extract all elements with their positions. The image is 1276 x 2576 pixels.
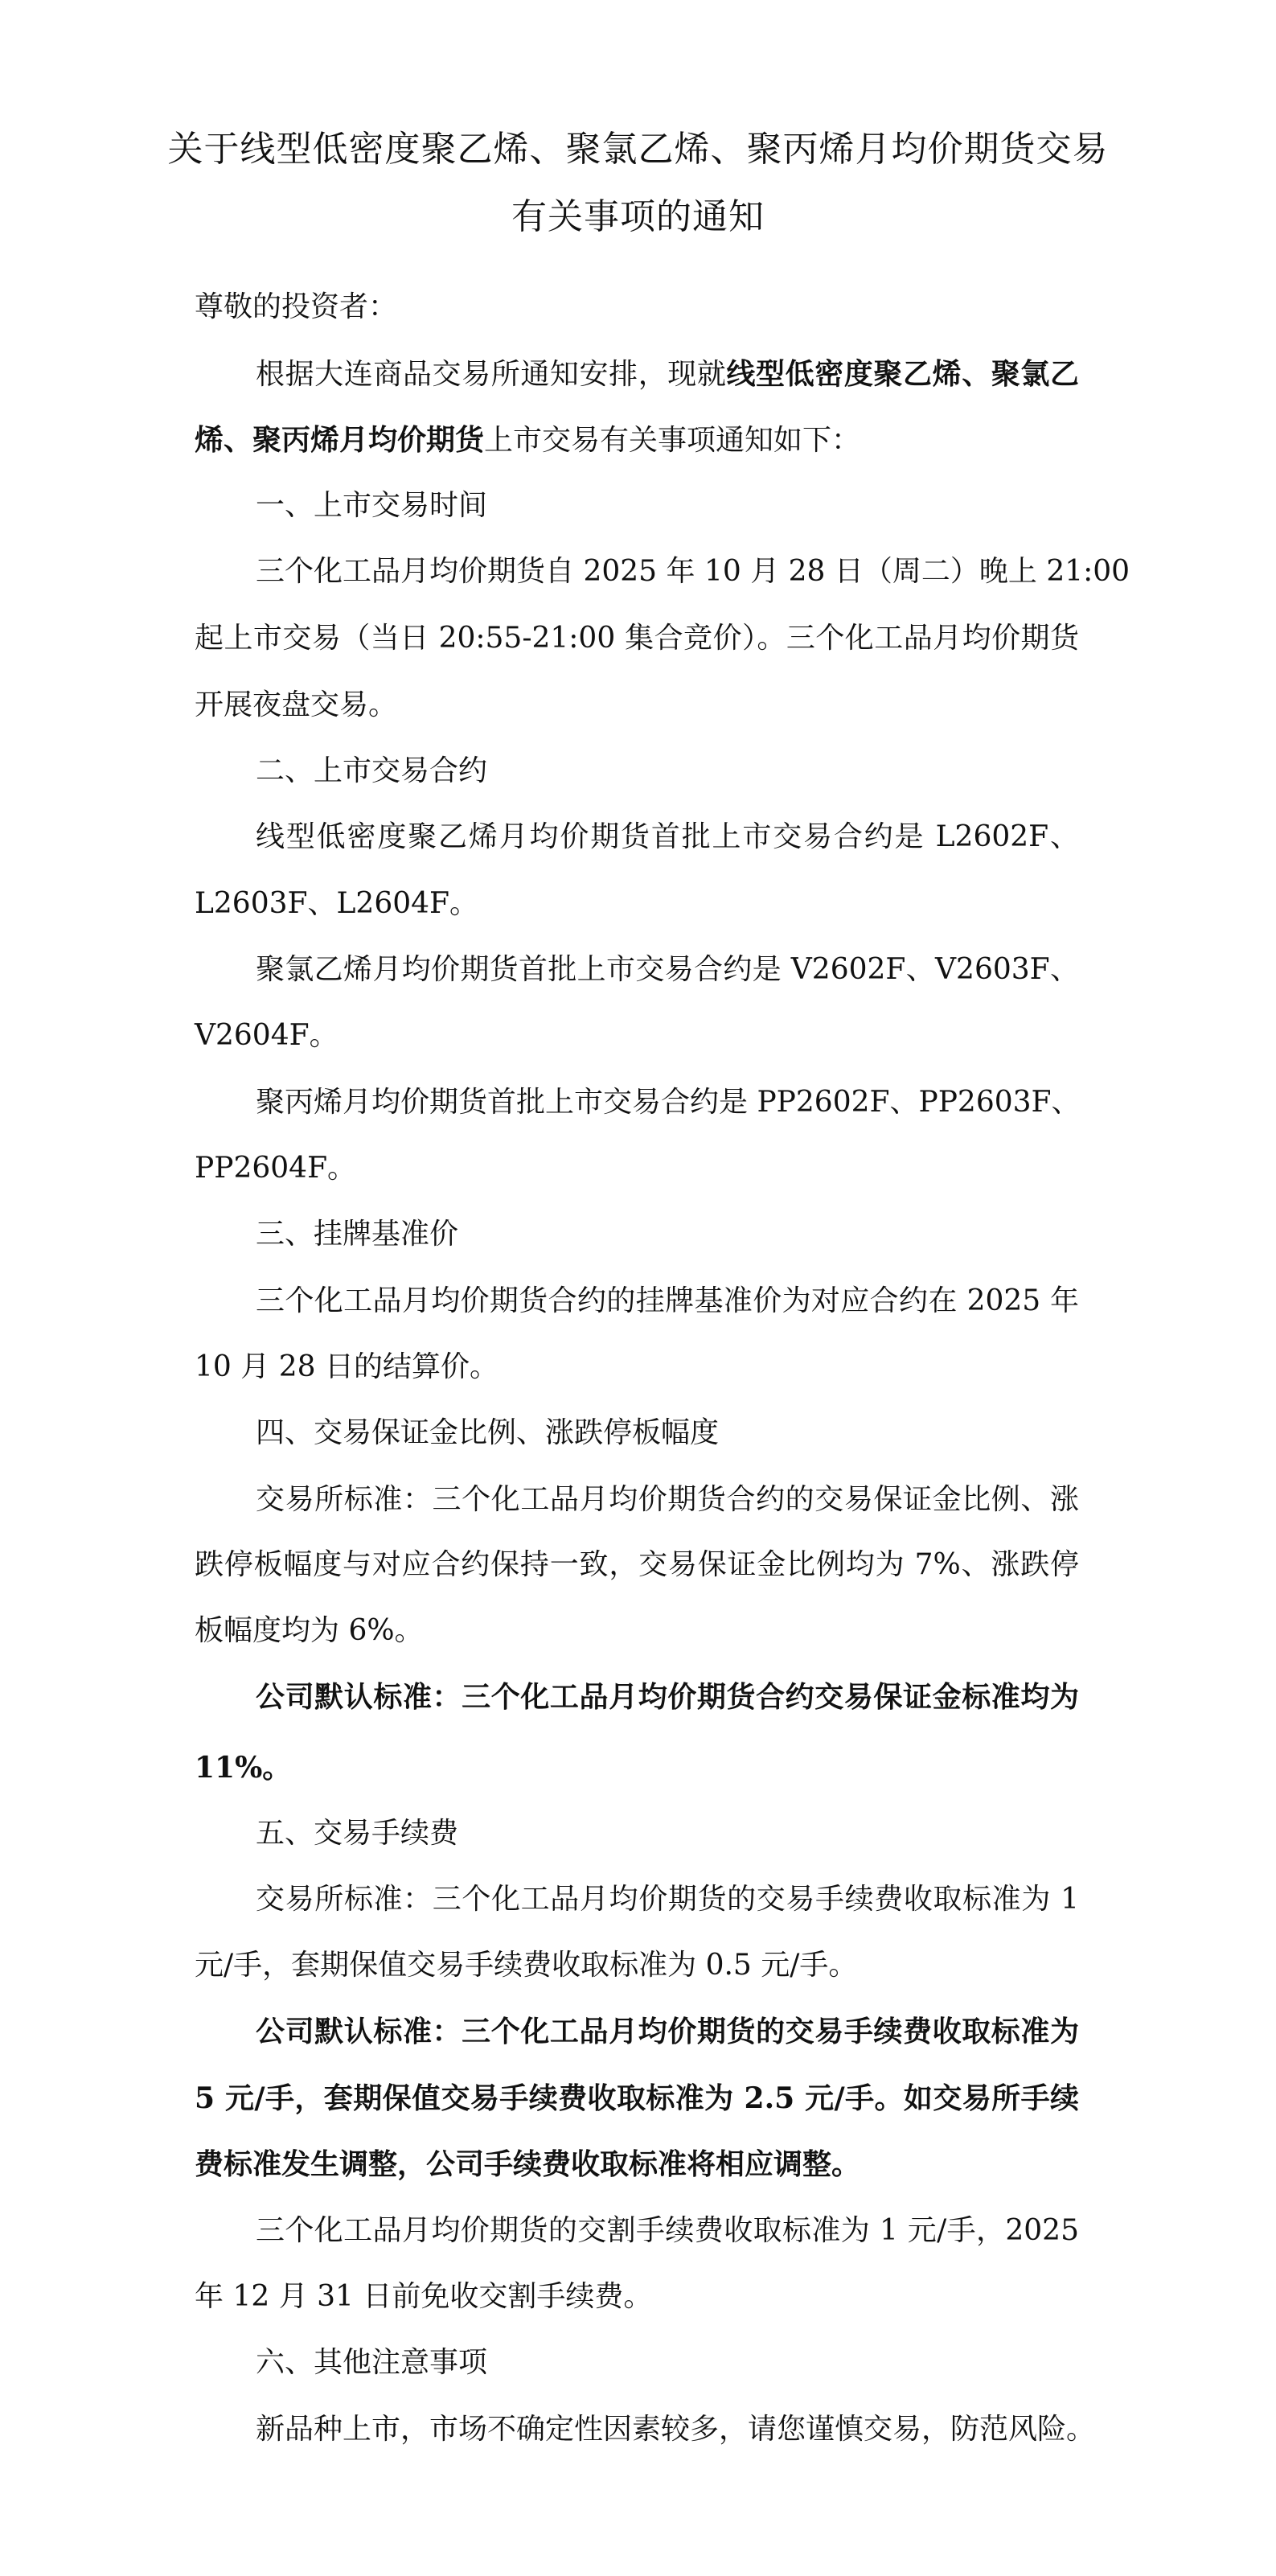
paragraph-line: 三个化工品月均价期货自 2025 年 10 月 28 日（周二）晚上 21:00 [256,552,1079,592]
paragraph-line: 交易所标准：三个化工品月均价期货的交易手续费收取标准为 1 [256,1880,1079,1920]
paragraph-line: 线型低密度聚乙烯月均价期货首批上市交易合约是 L2602F、 [256,817,1079,857]
paragraph-line-bold: 公司默认标准：三个化工品月均价期货合约交易保证金标准均为 [256,1677,1079,1717]
paragraph-line: 聚丙烯月均价期货首批上市交易合约是 PP2602F、PP2603F、 [256,1083,1079,1123]
section-heading-4: 四、交易保证金比例、涨跌停板幅度 [256,1413,719,1453]
paragraph-line: 板幅度均为 6%。 [195,1611,1079,1651]
paragraph-line-bold: 费标准发生调整，公司手续费收取标准将相应调整。 [195,2144,1079,2184]
section-heading-1: 一、上市交易时间 [256,486,487,526]
paragraph-line: 年 12 月 31 日前免收交割手续费。 [195,2277,1079,2317]
section-heading-3: 三、挂牌基准价 [256,1214,458,1255]
paragraph-line: 三个化工品月均价期货的交割手续费收取标准为 1 元/手，2025 [256,2211,1079,2251]
section-heading-6: 六、其他注意事项 [256,2343,487,2383]
paragraph-line: L2603F、L2604F。 [195,884,1079,924]
document-title-line-2: 有关事项的通知 [0,193,1276,241]
salutation: 尊敬的投资者： [195,287,1079,327]
paragraph-line: 元/手，套期保值交易手续费收取标准为 0.5 元/手。 [195,1945,1079,1986]
paragraph-line: 10 月 28 日的结算价。 [195,1347,1079,1387]
paragraph-line-bold: 5 元/手，套期保值交易手续费收取标准为 2.5 元/手。如交易所手续 [195,2078,1079,2118]
paragraph-line: 开展夜盘交易。 [195,685,1079,725]
document-title-line-1: 关于线型低密度聚乙烯、聚氯乙烯、聚丙烯月均价期货交易 [0,125,1276,174]
paragraph-line-bold: 11%。 [195,1748,1079,1788]
section-heading-5: 五、交易手续费 [256,1814,458,1854]
intro-bold-products-cont: 烯、聚丙烯月均价期货 [195,423,484,457]
notice-page: 关于线型低密度聚乙烯、聚氯乙烯、聚丙烯月均价期货交易 有关事项的通知 尊敬的投资… [0,0,1276,2576]
paragraph-line: 交易所标准：三个化工品月均价期货合约的交易保证金比例、涨 [256,1480,1079,1520]
paragraph-line: 起上市交易（当日 20:55-21:00 集合竞价）。三个化工品月均价期货 [195,618,1079,659]
paragraph-line: 三个化工品月均价期货合约的挂牌基准价为对应合约在 2025 年 [256,1281,1079,1321]
paragraph-line: V2604F。 [195,1016,1079,1056]
paragraph-line: 新品种上市，市场不确定性因素较多，请您谨慎交易，防范风险。 [256,2410,1079,2450]
paragraph-line: 跌停板幅度与对应合约保持一致，交易保证金比例均为 7%、涨跌停 [195,1545,1079,1585]
intro-prefix: 根据大连商品交易所通知安排，现就 [256,358,726,391]
paragraph-line-bold: 公司默认标准：三个化工品月均价期货的交易手续费收取标准为 [256,2011,1079,2052]
intro-bold-products: 线型低密度聚乙烯、聚氯乙 [726,357,1079,391]
paragraph-line: 聚氯乙烯月均价期货首批上市交易合约是 V2602F、V2603F、 [256,950,1079,990]
paragraph-line: PP2604F。 [195,1148,1079,1189]
section-heading-2: 二、上市交易合约 [256,751,487,791]
intro-line-2: 烯、聚丙烯月均价期货上市交易有关事项通知如下： [195,420,1079,461]
intro-suffix: 上市交易有关事项通知如下： [484,424,860,457]
intro-line-1: 根据大连商品交易所通知安排，现就线型低密度聚乙烯、聚氯乙 [256,354,1079,395]
